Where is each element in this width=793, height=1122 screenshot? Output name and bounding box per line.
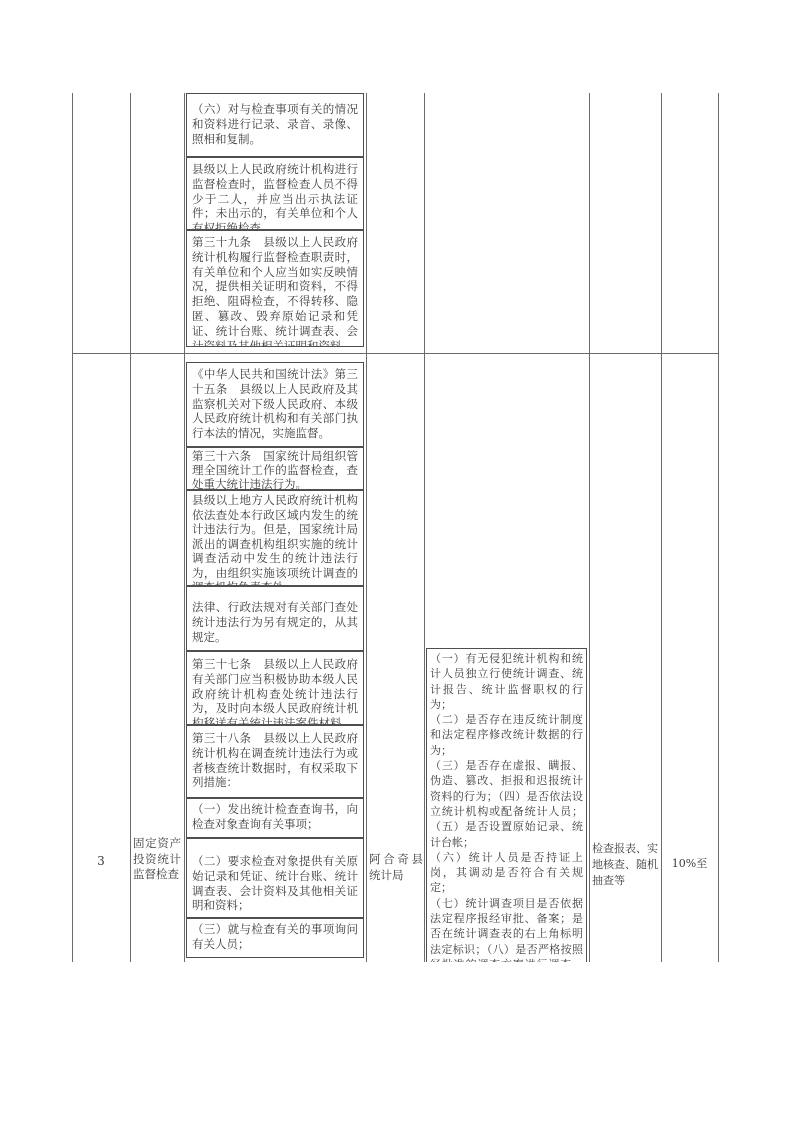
legal-basis-box: （六）对与检查事项有关的情况和资料进行记录、录音、录像、照相和复制。 [186,93,364,157]
legal-basis-box: 第三十九条 县级以上人民政府统计机构履行监督检查职责时，有关单位和个人应当如实反… [186,230,364,347]
legal-basis-box: 第三十七条 县级以上人民政府有关部门应当积极协助本级人民政府统计机构查处统计违法… [186,651,364,725]
table-column-line [366,93,367,962]
table-column-line [661,93,662,962]
check-content-paragraph: （三）是否存在虚报、瞒报、伪造、篡改、拒报和迟报统计资料的行为；（四）是否依法设… [430,758,583,850]
row-number-cell: 3 [72,854,130,872]
legal-basis-box: （三）就与检查有关的事项询问有关人员； [186,918,364,958]
table-column-line [718,93,719,962]
legal-basis-box: 县级以上人民政府统计机构进行监督检查时，监督检查人员不得少于二人，并应当出示执法… [186,157,364,230]
legal-basis-box: 法律、行政法规对有关部门查处统计违法行为另有规定的，从其规定。 [186,586,364,651]
sample-ratio-cell: 10%至20% [661,857,718,873]
table-column-line [72,93,73,962]
check-content-paragraph: （二）是否存在违反统计制度和法定程序修改统计数据的行为； [430,712,583,758]
table-row-divider [72,353,719,354]
legal-basis-box: （一）发出统计检查查询书，向检查对象查询有关事项； [186,798,364,838]
legal-basis-box: 《中华人民共和国统计法》第三十五条 县级以上人民政府及其监察机关对下级人民政府、… [186,362,364,447]
check-content-cell: （一）有无侵犯统计机构和统计人员独立行使统计调查、统计报告、统计监督职权的行为；… [426,648,587,962]
legal-basis-box: 县级以上地方人民政府统计机构依法查处本行政区域内发生的统计违法行为。但是，国家统… [186,490,364,586]
legal-basis-box: 第三十八条 县级以上人民政府统计机构在调查统计违法行为或者核查统计数据时，有权采… [186,725,364,798]
legal-basis-box: 第三十六条 国家统计局组织管理全国统计工作的监督检查，查处重大统计违法行为。 [186,447,364,490]
table-column-line [130,93,131,962]
table-column-line [184,93,185,962]
table-column-line [424,93,425,962]
check-content-paragraph: （一）有无侵犯统计机构和统计人员独立行使统计调查、统计报告、统计监督职权的行为； [430,651,583,712]
check-content-paragraph: （七）统计调查项目是否依据法定程序报经审批、备案；是否在统计调查表的右上角标明法… [430,896,583,962]
authority-cell: 阿合奇县统计局 [369,852,423,886]
table-column-line [589,93,590,962]
document-page: （六）对与检查事项有关的情况和资料进行记录、录音、录像、照相和复制。 县级以上人… [0,0,793,1122]
check-content-paragraph: （六）统计人员是否持证上岗，其调动是否符合有关规定； [430,850,583,896]
check-method-cell: 检查报表、实地核查、随机抽查等 [592,841,658,891]
item-name-cell: 固定资产投资统计监督检查 [133,836,181,886]
legal-basis-box: （二）要求检查对象提供有关原始记录和凭证、统计台账、统计调查表、会计资料及其他相… [186,838,364,918]
